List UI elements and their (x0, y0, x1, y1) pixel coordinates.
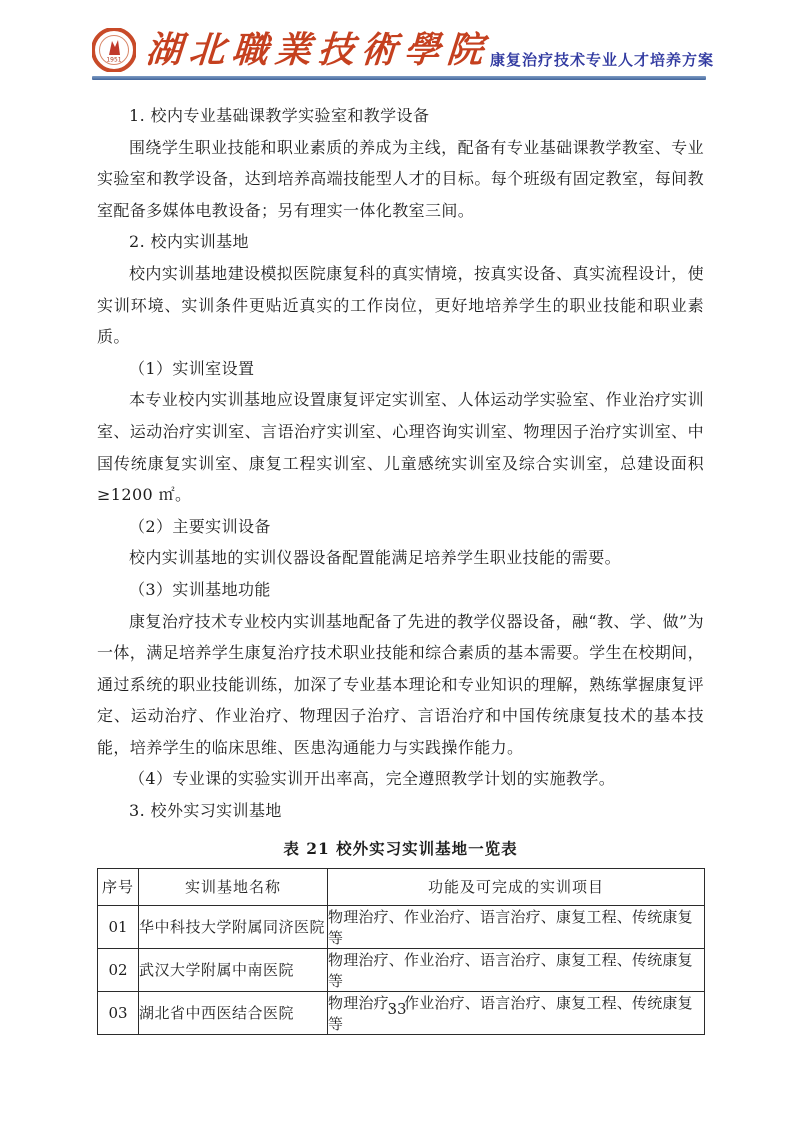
table-cell-func: 物理治疗、作业治疗、语言治疗、康复工程、传统康复等 (328, 905, 705, 948)
college-brand: 1951 湖北職業技術學院 (92, 28, 490, 72)
table-cell-name: 华中科技大学附属同济医院 (139, 905, 328, 948)
body-paragraph: 本专业校内实训基地应设置康复评定实训室、人体运动学实验室、作业治疗实训室、运动治… (97, 384, 704, 510)
body-paragraph: 校内实训基地建设模拟医院康复科的真实情境，按真实设备、真实流程设计，使实训环境、… (97, 258, 704, 353)
table-header-func: 功能及可完成的实训项目 (328, 868, 705, 905)
table-cell-name: 武汉大学附属中南医院 (139, 948, 328, 991)
section-heading: 1. 校内专业基础课教学实验室和教学设备 (97, 100, 704, 132)
table-cell-func: 物理治疗、作业治疗、语言治疗、康复工程、传统康复等 (328, 948, 705, 991)
table-row: 02 武汉大学附属中南医院 物理治疗、作业治疗、语言治疗、康复工程、传统康复等 (98, 948, 705, 991)
seal-year: 1951 (106, 57, 121, 64)
page-number: 33 (0, 1000, 794, 1018)
section-heading: 3. 校外实习实训基地 (97, 795, 704, 827)
section-heading: 2. 校内实训基地 (97, 226, 704, 258)
header-divider (92, 76, 706, 80)
table-header-seq: 序号 (98, 868, 139, 905)
table-cell-seq: 01 (98, 905, 139, 948)
table-cell-seq: 02 (98, 948, 139, 991)
document-title: 康复治疗技术专业人才培养方案 (490, 49, 714, 72)
sub-heading: （2）主要实训设备 (97, 511, 704, 543)
document-page: 1951 湖北職業技術學院 康复治疗技术专业人才培养方案 1. 校内专业基础课教… (0, 0, 794, 1123)
table-header-name: 实训基地名称 (139, 868, 328, 905)
body-paragraph: 康复治疗技术专业校内实训基地配备了先进的教学仪器设备，融“教、学、做”为一体，满… (97, 606, 704, 764)
table-row: 01 华中科技大学附属同济医院 物理治疗、作业治疗、语言治疗、康复工程、传统康复… (98, 905, 705, 948)
college-seal-icon: 1951 (92, 28, 136, 72)
table-header-row: 序号 实训基地名称 功能及可完成的实训项目 (98, 868, 705, 905)
body-paragraph: 校内实训基地的实训仪器设备配置能满足培养学生职业技能的需要。 (97, 542, 704, 574)
sub-heading: （1）实训室设置 (97, 353, 704, 385)
page-header: 1951 湖北職業技術學院 康复治疗技术专业人才培养方案 (92, 28, 706, 80)
sub-heading: （4）专业课的实验实训开出率高，完全遵照教学计划的实施教学。 (97, 763, 704, 795)
body-paragraph: 围绕学生职业技能和职业素质的养成为主线，配备有专业基础课教学教室、专业实验室和教… (97, 132, 704, 227)
document-body: 1. 校内专业基础课教学实验室和教学设备 围绕学生职业技能和职业素质的养成为主线… (97, 100, 704, 1035)
college-name: 湖北職業技術學院 (145, 32, 492, 68)
table-caption: 表 21 校外实习实训基地一览表 (97, 837, 704, 859)
sub-heading: （3）实训基地功能 (97, 574, 704, 606)
